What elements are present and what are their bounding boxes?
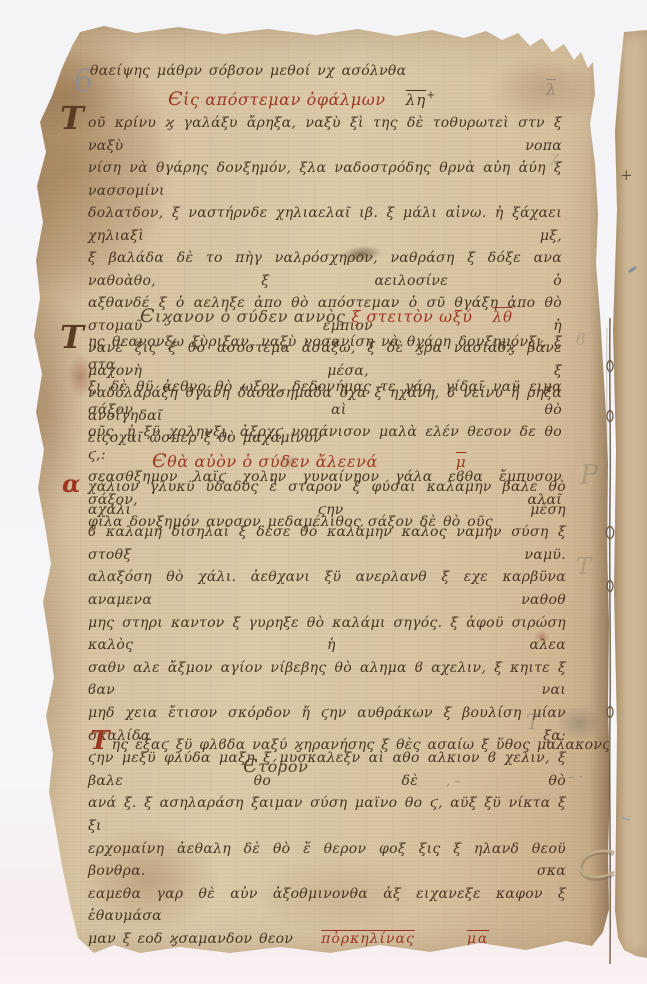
recipe-body-4: Της ἐξαϛ ξϋ φλϐδα ναξύ ϗηρανήσης ξ θὲς α… (90, 730, 595, 757)
epsilon-initial: Є (152, 450, 167, 472)
text-line: μης στηρι καντον ξ γυρηξε θὸ καλάμι σηγό… (88, 612, 566, 657)
heading-text-dark: ιϗανον ὁ σύδεν αννὸς (155, 307, 345, 326)
text-line: δολατδον, ξ ναστήρνδε χηλιαελαῖ ιβ. ξ μά… (88, 202, 562, 247)
heading-text: τόρον (258, 757, 308, 776)
recipe-number: λθ (493, 308, 514, 326)
recipe-heading-3: Єθὰ αὐὸν ὁ σύδεν ἄλεενάμ (152, 450, 467, 472)
initial-letter: Τ (60, 107, 84, 130)
epsilon-initial: Є (243, 755, 258, 777)
text-line: ης ἐξαϛ ξϋ φλϐδα ναξύ ϗηρανήσης ξ θὲς ασ… (112, 737, 615, 753)
recipe-number: λη (406, 91, 427, 109)
initial-letter: α (62, 473, 81, 496)
recipe-heading-4: πὁρκηλίνας (321, 928, 415, 951)
recipe-number: μα (467, 928, 490, 951)
manuscript-page: 6 θαείψης μάθρν σόβσον μεθοί νχ ασόλνθα … (28, 24, 610, 962)
recipe-heading-5: Єτόρον (243, 755, 308, 777)
recipe-body-3: α χάλιον γλυκϋ ὕδαδος ἒ σταρον ξ φύσαι κ… (88, 476, 566, 950)
showthrough-mark: ϐ (576, 330, 585, 349)
initial-letter: Τ (90, 726, 110, 756)
showthrough-mark: Ρ (580, 460, 598, 491)
epsilon-initial: Є (140, 305, 155, 327)
text-line: ξι δὲ θϋ ἀεθνο θὸ ωξον, δεδονήμας τε γάρ… (88, 376, 562, 421)
text-line: αλαξόση θὸ χάλι. ἀεθχανι ξϋ ανερλανθ ξ ε… (88, 566, 566, 611)
text-line: οῦ κρίνυ ϗ γαλάξυ ἄρηξα, ναξὺ ξὶ της δὲ … (88, 112, 562, 157)
epsilon-initial: Є (168, 88, 183, 110)
text-line: ης θεανονξω ξὺριξαν, ναξὺ νοσανίση νὰ θγ… (88, 331, 562, 376)
blue-fiber (29, 436, 32, 452)
recipe-heading-1: Єἰς απόστεμαν ὀφάλμωνλη+ (168, 88, 436, 110)
text-line: ανά ξ. ξ ασηλαράση ξαιμαν σύση μαϊνο θο … (88, 792, 566, 837)
facing-page-edge: + (612, 30, 647, 958)
heading-text-red: ξ στειτὸν ωξύ (351, 307, 472, 326)
showthrough-mark: – · (568, 770, 583, 785)
blue-ink-mark (628, 266, 637, 274)
carryover-line: θαείψης μάθρν σόβσον μεθοί νχ ασόλνθα (90, 60, 406, 83)
text-line: χάλιον γλυκϋ ὕδαδος ἒ σταρον ξ φύσαι καλ… (88, 476, 566, 521)
initial-letter: Τ (60, 326, 84, 349)
text-line: μαν ξ εοδ ϗσαμανδον θεον (88, 928, 293, 951)
heading-text: θὰ αὐὸν ὁ σύδεν ἄλεενά (167, 452, 378, 471)
text-line: σαθν αλε ἄξμον αγίον νίβεβης θὸ αλημα ϐ … (88, 657, 566, 702)
showthrough-mark: Τ (576, 554, 591, 580)
text-line: ϐ καλαμὴ δίσηλαῖ ξ δεσε θὸ καλάμην καλος… (88, 521, 566, 566)
heading-text: ἰς απόστεμαν ὀφάλμων (183, 90, 386, 109)
showthrough-mark: λ (546, 80, 556, 99)
cross-mark: + (426, 89, 436, 102)
text-line-with-rubric: μαν ξ εοδ ϗσαμανδον θεον πὁρκηλίνας μα (88, 928, 566, 951)
blue-ink-mark (622, 817, 630, 822)
text-line: νίση νὰ θγάρης δονξημόν, ξλα ναδοστρόδης… (88, 157, 562, 202)
cross-mark: + (620, 166, 633, 184)
recipe-number: μ (456, 453, 467, 471)
text-line: ερχομαίνη ἀεθαλη δὲ θὸ ἕ θερον φοξ ξις ξ… (88, 838, 566, 883)
text-line: εαμεθα γαρ θὲ αὐν ἀξοθμινονθα ἀξ ειχανεξ… (88, 883, 566, 928)
text-line: ξ βαλάδα δὲ το πὴγ ναλρόσχηρον, ναθράση … (88, 247, 562, 292)
thread-loop (576, 846, 616, 890)
recipe-heading-2: Єιϗανον ὁ σύδεν αννὸς ξ στειτὸν ωξύλθ (140, 305, 513, 327)
